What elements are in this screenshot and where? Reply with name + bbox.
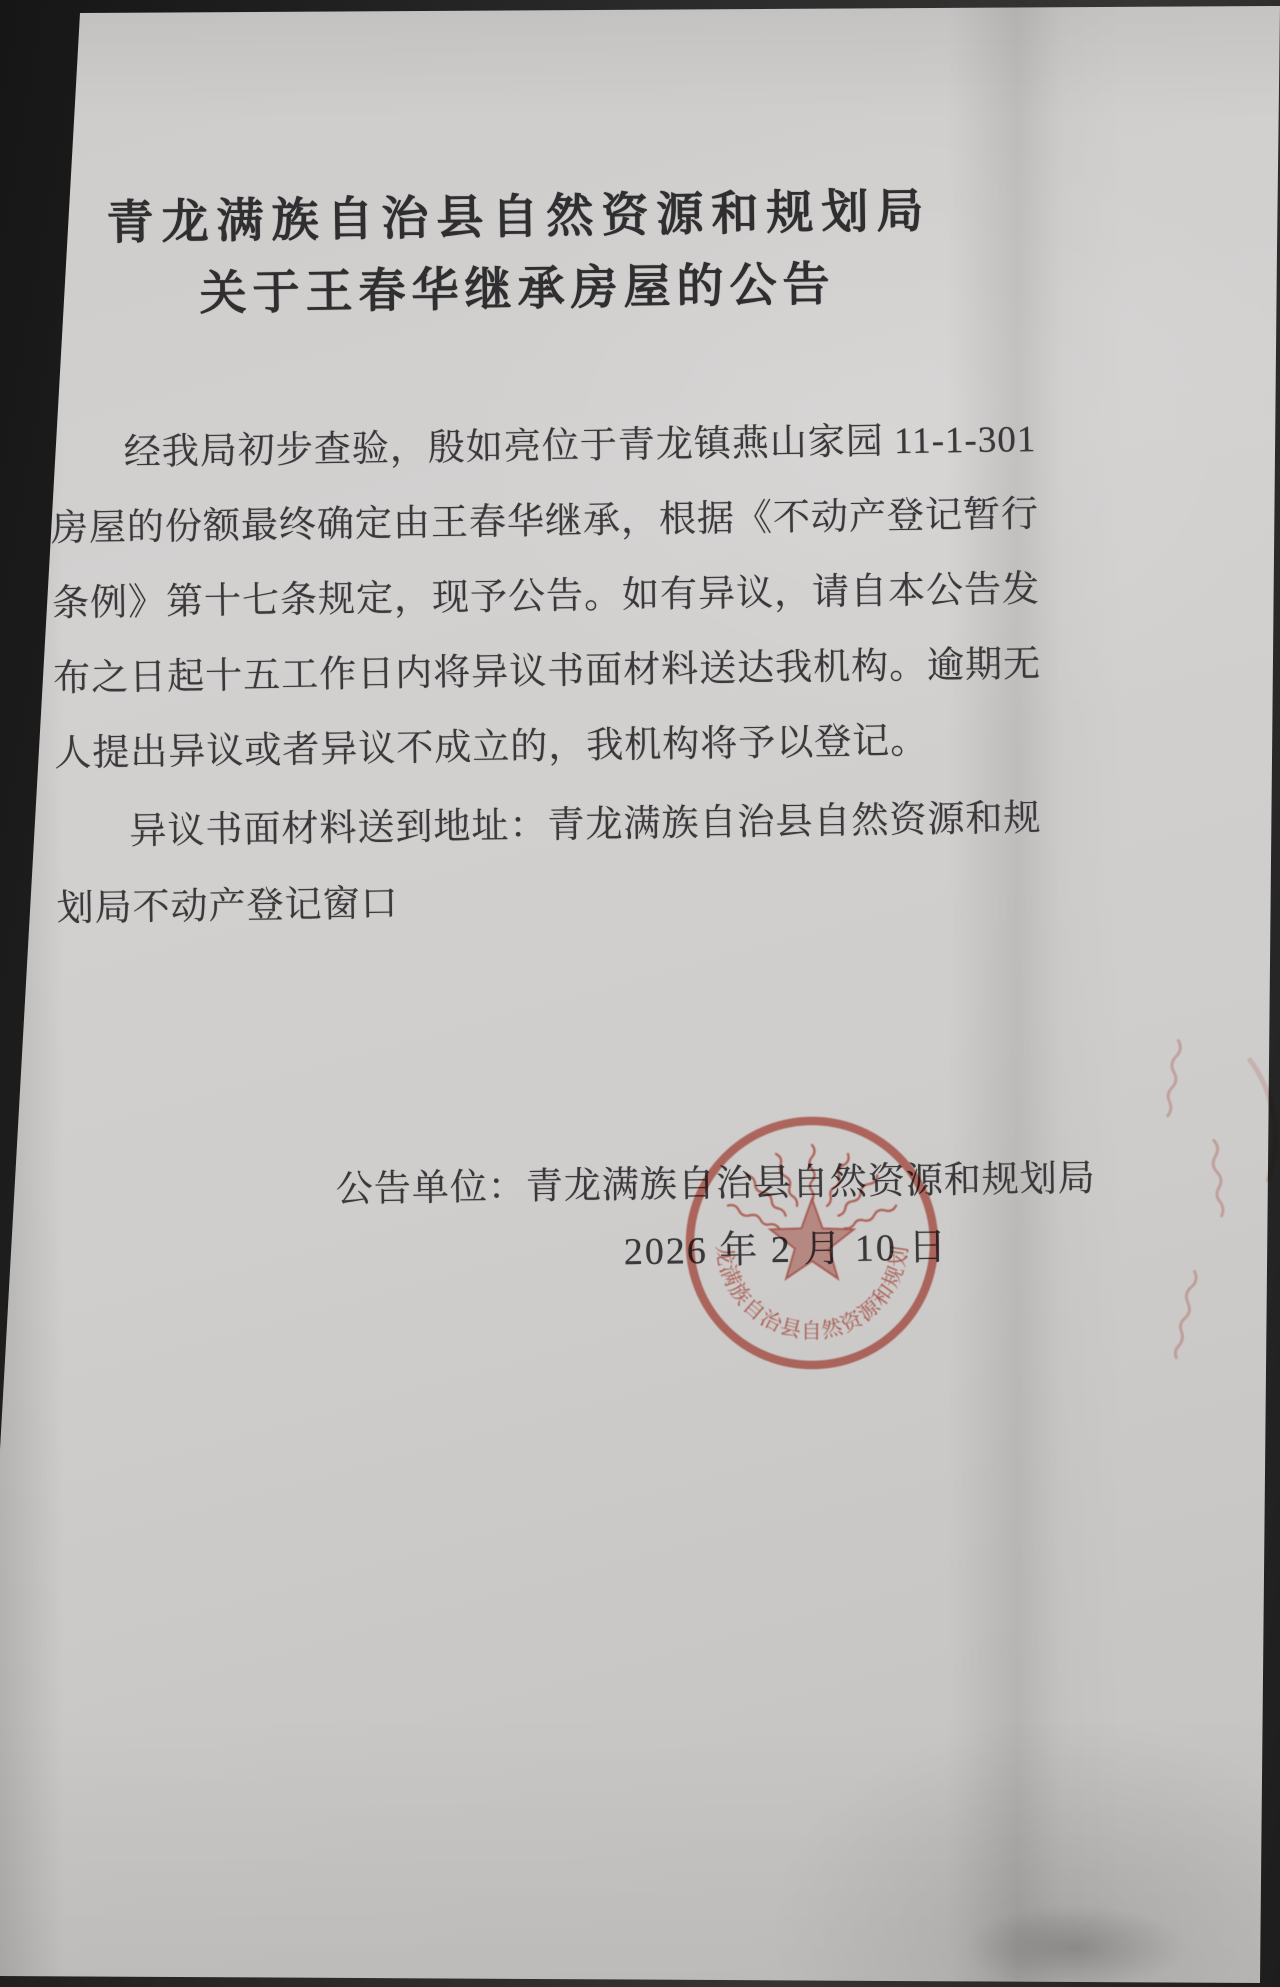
body-line: 房屋的份额最终确定由王春华继承，根据《不动产登记暂行 bbox=[51, 483, 1040, 552]
body-line: 经我局初步查验，殷如亮位于青龙镇燕山家园 11-1-301 bbox=[49, 408, 1036, 477]
body-line: 人提出异议或者异议不成立的，我机构将予以登记。 bbox=[54, 710, 929, 777]
seal-arc-text: 青龙满族自治县自然资源和规划局 bbox=[680, 1111, 913, 1343]
body-line: 条例》第十七条规定，现予公告。如有异议，请自本公告发 bbox=[52, 558, 1041, 627]
notice-title-line-2: 关于王春华继承房屋的公告 bbox=[199, 247, 836, 323]
body-line: 划局不动产登记窗口 bbox=[56, 873, 399, 932]
body-line: 布之日起十五工作日内将异议书面材料送达我机构。逾期无 bbox=[53, 633, 1042, 702]
official-seal: 青龙满族自治县自然资源和规划局 bbox=[680, 1111, 944, 1375]
notice-content: 青龙满族自治县自然资源和规划局 关于王春华继承房屋的公告 经我局初步查验，殷如亮… bbox=[0, 0, 1280, 1987]
ghost-stamp-marks bbox=[1110, 1020, 1280, 1450]
seal-arc-text-container: 青龙满族自治县自然资源和规划局 bbox=[680, 1111, 913, 1343]
notice-title-line-1: 青龙满族自治县自然资源和规划局 bbox=[106, 174, 932, 253]
body-line: 异议书面材料送到地址：青龙满族自治县自然资源和规 bbox=[55, 787, 1042, 856]
photographed-notice: 青龙满族自治县自然资源和规划局 关于王春华继承房屋的公告 经我局初步查验，殷如亮… bbox=[0, 0, 1280, 1987]
